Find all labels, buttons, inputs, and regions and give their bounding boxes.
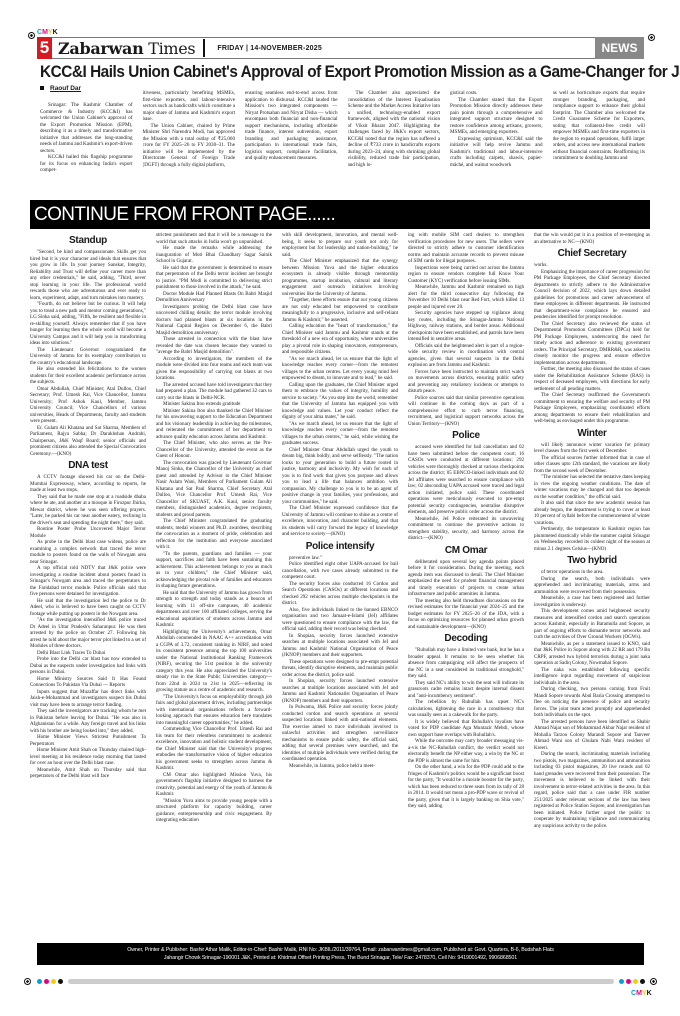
registration-mark-top-left: [28, 32, 35, 39]
paragraph: The Union Cabinet, chaired by Prime Mini…: [143, 123, 236, 169]
section-tag: NEWS: [595, 37, 644, 59]
magenta-dot: [626, 979, 631, 984]
paragraph: Further, the meeting also discussed the …: [534, 366, 650, 392]
paragraph: He also extended his felicitations to th…: [30, 366, 146, 386]
story-heading-winter: Winter: [534, 427, 650, 441]
registration-mark-top-right: [648, 34, 655, 41]
paragraph: During the search, incriminating materia…: [534, 751, 650, 829]
paragraph: Inspections were being carried out acros…: [408, 265, 524, 285]
lead-column-6: as well as horticulture exports that req…: [553, 90, 646, 187]
lead-column-1: Srinagar: The Kashmir Chamber of Commerc…: [40, 90, 133, 187]
paragraph: "As the investigation intensified J&K po…: [30, 617, 146, 650]
paragraph: He said that the investigation led the p…: [30, 598, 146, 618]
continued-column-3: with skill development, innovation, and …: [282, 232, 398, 936]
paragraph: They said NC's ability to win the seat w…: [408, 680, 524, 700]
paragraph: The official sources further informed th…: [534, 455, 650, 475]
black-dot: [58, 979, 63, 984]
lead-column-5: gistical costs. The Chamber stated that …: [450, 90, 543, 187]
paragraph: During checking, two persons coming from…: [534, 686, 650, 719]
paragraph: The security forces also conducted 16 Co…: [282, 581, 398, 607]
paragraph: Expressing optimism, KCC&I said the init…: [450, 136, 543, 169]
continue-banner: CONTINUE FROM FRONT PAGE......: [30, 200, 650, 229]
paragraph: A CCTV footage showed his car on the Del…: [30, 474, 146, 494]
cmyk-label-top: CMYK: [37, 29, 58, 36]
paragraph: The convocation was graced by Lieutenant…: [156, 460, 272, 519]
paragraph: Emphasizing the importance of career pro…: [534, 269, 650, 321]
paragraph: ing with mobile SIM card dealers to stre…: [408, 232, 524, 265]
paragraph: Chief Minister Omar Abdullah urged the y…: [282, 447, 398, 506]
lead-column-2: itiveness, particularly benefiting MSMEs…: [143, 90, 236, 187]
continued-column-2: strictest punishment and that it will be…: [156, 232, 272, 936]
paragraph: The Lieutenant Governor congratulated th…: [30, 347, 146, 367]
story-heading-police: Police: [408, 429, 524, 443]
paragraph: The Chamber also appreciated the consoli…: [348, 90, 441, 169]
cmyk-label-bottom: CMYK: [631, 990, 652, 997]
paragraph: They said that he made one stop at a roa…: [30, 494, 146, 527]
imprint-line-1: Owner, Printer & Publisher: Bashir Athar…: [37, 946, 644, 955]
paragraph: as well as horticulture exports that req…: [553, 90, 646, 162]
continued-stories: Standup "Second, be kind and compassiona…: [30, 232, 650, 936]
paragraph: The arrested accused have told investiga…: [156, 382, 272, 402]
paragraph: During the search, both individuals were…: [534, 576, 650, 596]
paragraph: Minister Sakina Itoo also thanked the Ch…: [156, 408, 272, 441]
paragraph: Routine Poster Probe Uncovered Major Ter…: [30, 526, 146, 539]
paragraph: He made the remarks while addressing the…: [156, 245, 272, 265]
paragraph: Also, five individuals linked to the ban…: [282, 607, 398, 633]
paragraph: Meanwhile, a case has been registered an…: [534, 595, 650, 608]
story-heading-standup: Standup: [30, 234, 146, 248]
imprint-footer: Owner, Printer & Publisher: Bashir Athar…: [37, 943, 644, 965]
registration-mark-bottom-right: [650, 978, 657, 985]
paragraph: Inputs suggest that Muzaffar has direct …: [30, 689, 146, 709]
paragraph: Those arrested in connection with the bl…: [156, 336, 272, 356]
lead-headline: KCC&I Hails Union Cabinet's Approval of …: [40, 63, 603, 82]
paper-name-bold: Zabarwan: [58, 39, 143, 58]
continued-column-5: that the win would put it in a position …: [534, 232, 650, 936]
paragraph: "Second, be kind and compassionate. Skil…: [30, 249, 146, 301]
paragraph: Meanwhile, in Jammu, police held a meet-: [282, 763, 398, 770]
page-number: 5: [37, 37, 52, 59]
paragraph: "Together, these efforts ensure that our…: [282, 297, 398, 323]
paragraph: Omar Abdullah, Chief Minister; Atal Dull…: [30, 386, 146, 425]
paragraph: Meanwhile, Amit Shah on Thursday said th…: [30, 767, 146, 780]
paragraph: The meeting also held threadbare discuss…: [408, 598, 524, 631]
paragraph: The Chief Minister emphasized that the s…: [282, 258, 398, 297]
paragraph: He said that the University of Jammu has…: [156, 590, 272, 629]
paper-name-light: Times: [143, 39, 195, 58]
paragraph: "Fourth, do not believe but be curious. …: [30, 301, 146, 347]
story-heading-decoding: Decoding: [408, 632, 524, 646]
paragraph: deliberated upon several key agenda poin…: [408, 559, 524, 598]
paragraph: that the win would put it in a position …: [534, 232, 650, 245]
yellow-dot: [633, 979, 638, 984]
paragraph: "The University's focus on employability…: [156, 694, 272, 727]
yellow-dot: [51, 979, 56, 984]
paragraph: CM Omar also highlighted Mission Yuva, h…: [156, 772, 272, 798]
continued-column-4: ing with mobile SIM card dealers to stre…: [408, 232, 524, 936]
paragraph: The arrested persons have been identifie…: [534, 719, 650, 752]
paragraph: "As we march ahead, let us ensure that t…: [282, 356, 398, 382]
cmyk-k: K: [53, 29, 58, 36]
black-dot: [640, 979, 645, 984]
paragraph: The rebellion by Ruhullah has upset NC's…: [408, 699, 524, 719]
paragraph: Home Minister Amit Shah on Thursday chai…: [30, 747, 146, 767]
paragraph: Forces have been instructed to maintain …: [408, 369, 524, 395]
paragraph: The Chief Secretary reaffirmed the Gover…: [534, 392, 650, 425]
paragraph: Probe into the Delhi car blast has now e…: [30, 656, 146, 676]
story-heading-dna-test: DNA test: [30, 459, 146, 473]
paragraph: will likely announce winter vacation for…: [534, 442, 650, 455]
paragraph: Commending Vice Chancellor Prof. Umesh R…: [156, 726, 272, 772]
paragraph: Police sources said that similar prevent…: [408, 395, 524, 428]
story-heading-two-hybrid: Two hybrid: [534, 554, 650, 568]
paragraph: Investigators probing the Delhi blast ca…: [156, 304, 272, 337]
paragraph: "Mission Yuva aims to provide young peop…: [156, 798, 272, 824]
paragraph: Police identified eight other UAPA-accus…: [282, 561, 398, 581]
paragraph: Doctor Module Had Planned Blasts On Babr…: [156, 291, 272, 304]
lead-column-3: ensuring seamless end-to-end access from…: [245, 90, 338, 187]
lead-story-body: Srinagar: The Kashmir Chamber of Commerc…: [40, 90, 645, 187]
paragraph: Home Ministry Sources Said It Has Found …: [30, 676, 146, 689]
paragraph: These operations were designed to pre-em…: [282, 659, 398, 679]
cyan-dot: [619, 979, 624, 984]
paragraph: It also said that since the new academic…: [534, 500, 650, 526]
paragraph: Meanwhile, Jammu and Kashmir remained on…: [408, 284, 524, 310]
paragraph: The Chief Minister expressed confidence …: [282, 505, 398, 538]
color-registration-strip: [37, 978, 645, 984]
paragraph: Highlighting the University's achievemen…: [156, 629, 272, 694]
paragraph: "Ruhullah may have a limited vote bank, …: [408, 647, 524, 680]
paragraph: Officials said the heightened alert is p…: [408, 343, 524, 369]
paragraph: Er. Gulam Ali Khatana and Sat Sharma, Me…: [30, 425, 146, 458]
paragraph: Meanwhile, as per a statement issued to …: [534, 641, 650, 667]
paragraph: ensuring seamless end-to-end access from…: [245, 90, 338, 162]
paragraph: In Shopian, security forces launched ext…: [282, 633, 398, 659]
paragraph: with skill development, innovation, and …: [282, 232, 398, 258]
paragraph: Home Minister Views Strictest Punishment…: [30, 734, 146, 747]
story-heading-cm-omar: CM Omar: [408, 544, 524, 558]
paragraph: Calling education the "heart of transfor…: [282, 323, 398, 356]
paragraph: KCC&I hailed this flagship programme for…: [40, 154, 133, 174]
issue-date: FRIDAY | 14-NOVEMBER-2025: [217, 45, 322, 52]
story-heading-chief-secretary: Chief Secretary: [534, 247, 650, 261]
paragraph: As probe in the Delhi blast case widens,…: [30, 539, 146, 565]
paragraph: accused were identified for bail cancell…: [408, 444, 524, 516]
masthead: 5 Zabarwan Times FRIDAY | 14-NOVEMBER-20…: [37, 37, 644, 59]
paragraph: "The minister has selected the tentative…: [534, 474, 650, 500]
paragraph: He said that the government is determine…: [156, 265, 272, 291]
gray-density-bar: [68, 979, 614, 984]
paragraph: The naka was established following speci…: [534, 667, 650, 687]
imprint-line-2: Jahangir Chowk Srinagar-190001 J&K, Prin…: [37, 954, 644, 963]
paragraph: The Chief Minister congratulated the gra…: [156, 518, 272, 551]
lead-column-4: The Chamber also appreciated the consoli…: [348, 90, 441, 187]
paragraph: While the outcome may carry broader mess…: [408, 738, 524, 764]
paper-name: Zabarwan Times: [58, 39, 195, 58]
paragraph: Meanwhile, JeI Police reiterated its unw…: [408, 516, 524, 542]
paragraph: On the other hand, a win for the PDP cou…: [408, 764, 524, 810]
paragraph: This development comes amid heightened s…: [534, 608, 650, 641]
cmyk-k: K: [647, 990, 652, 997]
magenta-dot: [44, 979, 49, 984]
paragraph: It is widely believed that Ruhullah's lo…: [408, 719, 524, 739]
masthead-divider: [203, 39, 205, 57]
paragraph: A top official told NDTV that J&K police…: [30, 565, 146, 598]
paragraph: According to investigators, the members …: [156, 356, 272, 382]
paragraph: They said the investigators are tracking…: [30, 708, 146, 734]
paragraph: itiveness, particularly benefiting MSMEs…: [143, 90, 236, 123]
paragraph: Pertinently, the temperature in Kashmir …: [534, 526, 650, 552]
paragraph: Srinagar: The Kashmir Chamber of Commerc…: [40, 102, 133, 154]
paragraph: The Chief Minister, who also serves as t…: [156, 440, 272, 460]
paragraph: In Shopian, security forces launched ext…: [282, 678, 398, 704]
paragraph: "To the parents, guardians and families …: [156, 551, 272, 590]
registration-mark-bottom-left: [24, 978, 31, 985]
paragraph: The Chamber stated that the Export Promo…: [450, 97, 543, 136]
paragraph: Calling upon the graduates, the Chief Mi…: [282, 382, 398, 421]
paragraph: Security agencies have stepped up vigila…: [408, 310, 524, 343]
continued-column-1: Standup "Second, be kind and compassiona…: [30, 232, 146, 936]
paragraph: strictest punishment and that it will be…: [156, 232, 272, 245]
paragraph: In Pulwama, J&K Police and security forc…: [282, 704, 398, 763]
story-heading-police-intensify: Police intensify: [282, 540, 398, 554]
paragraph: The Chief Secretary also reviewed the st…: [534, 321, 650, 367]
cyan-dot: [37, 979, 42, 984]
paragraph: "As we march ahead, let us ensure that t…: [282, 421, 398, 447]
